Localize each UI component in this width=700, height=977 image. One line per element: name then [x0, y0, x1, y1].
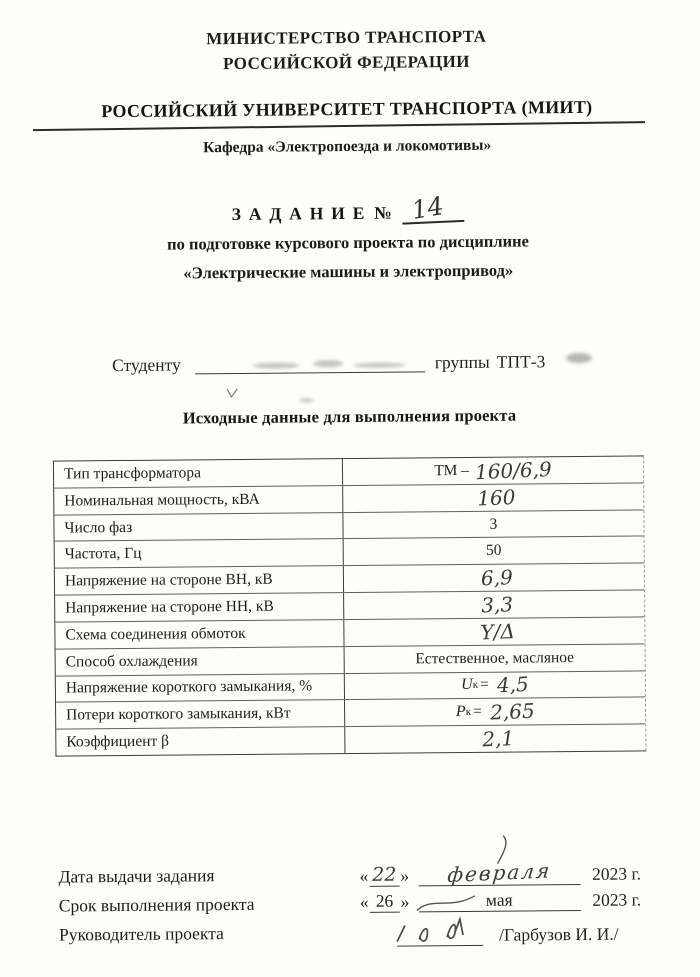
row-value: 160 [342, 483, 643, 511]
row-value: 3 [342, 510, 643, 538]
value-handwritten: 2,1 [482, 726, 515, 751]
group-label: группы [435, 352, 490, 373]
supervisor-row: Руководитель проекта /Гарбузов И. И./ [59, 919, 674, 952]
value-symbol: P [456, 703, 466, 721]
value-printed: 3 [490, 515, 498, 533]
assignment-word: ЗАДАНИЕ [232, 203, 373, 225]
row-label: Тип трансформатора [54, 459, 342, 487]
value-handwritten: Y/Δ [480, 619, 515, 644]
value-printed: Естественное, масляное [415, 649, 574, 668]
quote-open: « [359, 866, 368, 887]
row-label: Частота, Гц [55, 540, 343, 568]
value-handwritten: 3,3 [481, 592, 514, 617]
assignment-number-handwritten: 14 [410, 191, 446, 225]
scan-mark-artifact [225, 387, 239, 399]
issue-date-value: «22» февраля 2023 г. [358, 859, 641, 886]
row-value: Y/Δ [343, 617, 644, 645]
row-value: 2,1 [344, 725, 645, 753]
due-month-line: мая [418, 889, 580, 912]
assignment-subtitle-2: «Электрические машины и электропривод» [0, 259, 698, 285]
row-label: Схема соединения обмоток [55, 620, 343, 648]
row-label: Напряжение на стороне НН, кВ [55, 593, 343, 621]
student-line: Студенту группы ТПТ-3 [112, 348, 545, 376]
supervisor-label: Руководитель проекта [59, 923, 224, 944]
quote-close: » [400, 866, 409, 887]
value-printed: 50 [486, 542, 502, 560]
input-data-table: Тип трансформатора ТМ – 160/6,9 Номиналь… [53, 455, 647, 756]
scan-dot-artifact [299, 398, 313, 402]
value-handwritten: 160 [477, 485, 516, 511]
student-label: Студенту [112, 354, 181, 376]
due-month: мая [486, 890, 513, 910]
value-handwritten: 160/6,9 [474, 457, 552, 484]
row-value: 50 [343, 537, 644, 565]
numero-sign: № [374, 203, 392, 224]
assignment-title: ЗАДАНИЕ № 14 [0, 189, 698, 227]
due-year: 2023 г. [592, 889, 641, 910]
department-name: Кафедра «Электропоезда и локомотивы» [0, 135, 697, 159]
row-label: Потери короткого замыкания, кВт [56, 700, 344, 728]
row-label: Напряжение на стороне ВН, кВ [55, 566, 343, 594]
quote-open: « [360, 892, 369, 913]
value-handwritten: 6,9 [481, 565, 514, 590]
row-label: Напряжение короткого замыкания, % [56, 674, 344, 702]
erased-text-smudge [253, 362, 299, 368]
stray-pen-stroke [414, 890, 478, 915]
value-handwritten: 2,65 [489, 699, 535, 725]
document-content: МИНИСТЕРСТВО ТРАНСПОРТА РОССИЙСКОЙ ФЕДЕР… [0, 0, 700, 977]
erased-text-smudge [313, 360, 343, 367]
row-label: Номинальная мощность, кВА [54, 486, 342, 514]
row-value: Pк= 2,65 [344, 698, 645, 726]
erased-text-smudge [353, 363, 405, 368]
due-day: 26 [369, 891, 399, 913]
row-label: Коэффициент β [56, 727, 344, 755]
assignment-number-line: 14 [401, 190, 464, 225]
ministry-line2: РОССИЙСКОЙ ФЕДЕРАЦИИ [0, 50, 697, 76]
value-equals: = [480, 676, 489, 694]
value-handwritten: 4,5 [496, 672, 529, 697]
student-name-blank [195, 349, 425, 374]
value-equals: = [473, 703, 482, 721]
issue-year: 2023 г. [592, 863, 641, 884]
row-value: Uк= 4,5 [344, 671, 645, 699]
due-date-value: «26» мая 2023 г. [359, 888, 642, 912]
row-value: Естественное, масляное [344, 644, 645, 672]
header-divider [33, 121, 645, 131]
issue-date-label: Дата выдачи задания [58, 865, 214, 886]
group-suffix-smudge [566, 353, 592, 363]
supervisor-value: /Гарбузов И. И./ [359, 918, 619, 947]
row-label: Способ охлаждения [56, 647, 344, 675]
row-label: Число фаз [54, 513, 342, 541]
row-value: 3,3 [343, 591, 644, 619]
table-title: Исходные данные для выполнения проекта [0, 404, 700, 430]
assignment-subtitle-1: по подготовке курсового проекта по дисци… [0, 230, 698, 256]
scanned-document-page: МИНИСТЕРСТВО ТРАНСПОРТА РОССИЙСКОЙ ФЕДЕР… [0, 0, 700, 977]
due-date-label: Срок выполнения проекта [59, 894, 255, 916]
value-printed: ТМ – [434, 462, 469, 480]
row-value: 6,9 [343, 564, 644, 592]
quote-close: » [400, 891, 409, 912]
table-row: Коэффициент β 2,1 [56, 724, 645, 756]
row-value: ТМ – 160/6,9 [342, 456, 643, 484]
issue-day-handwritten: 22 [369, 864, 399, 887]
signature-line [397, 919, 483, 947]
group-value: ТПТ-3 [497, 351, 546, 372]
supervisor-name: /Гарбузов И. И./ [499, 924, 619, 946]
issue-month-line: февраля [418, 860, 580, 886]
ministry-line1: МИНИСТЕРСТВО ТРАНСПОРТА [0, 25, 696, 51]
value-symbol: U [461, 676, 473, 694]
university-name: РОССИЙСКИЙ УНИВЕРСИТЕТ ТРАНСПОРТА (МИИТ) [0, 96, 697, 123]
issue-month-handwritten: февраля [446, 858, 552, 887]
